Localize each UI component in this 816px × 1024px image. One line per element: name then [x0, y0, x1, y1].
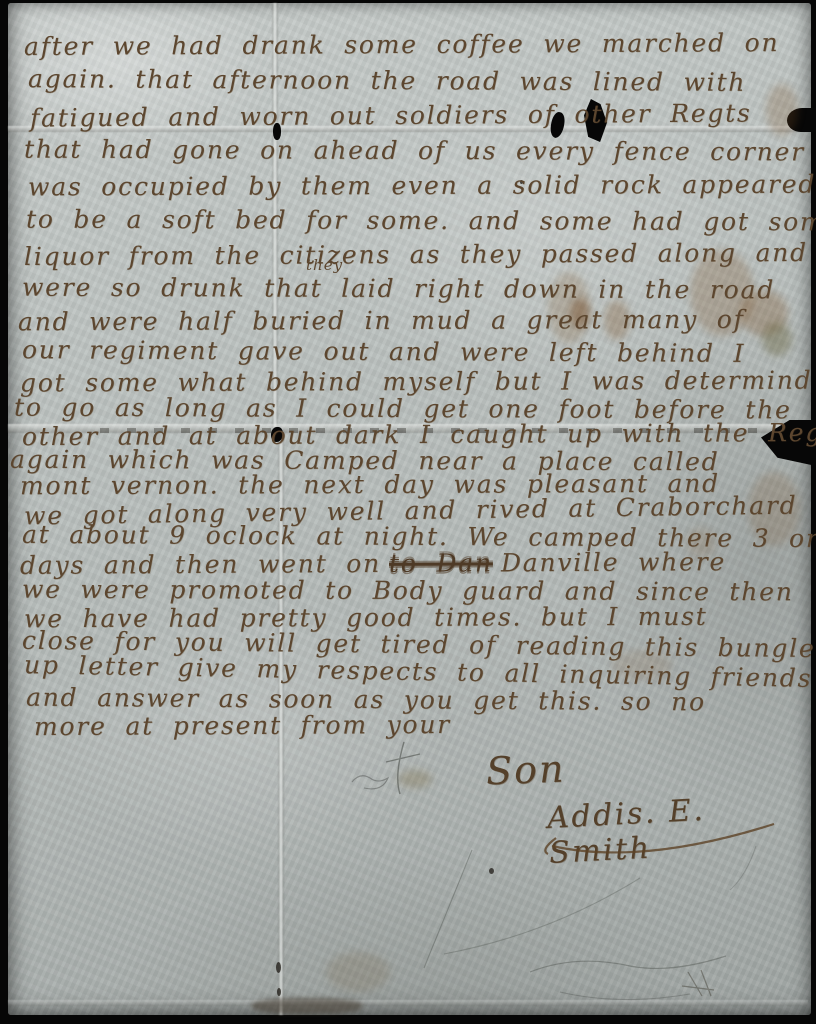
- ink-stain: [766, 84, 798, 136]
- letter-line-9: and were half buried in mud a great many…: [18, 305, 745, 337]
- line18-post: Danville where: [501, 547, 726, 577]
- letter-line-6: to be a soft bed for some. and some had …: [26, 205, 816, 237]
- ink-stain: [762, 322, 792, 356]
- dirt-speck: [489, 868, 494, 874]
- edge-smudge: [252, 998, 362, 1014]
- horizontal-fold-crease-bottom: [8, 1000, 808, 1006]
- letter-line-3: fatigued and worn out soldiers of other …: [30, 98, 752, 132]
- letter-line-8: were so drunk that laid right down in th…: [22, 273, 775, 305]
- letter-line-5: was occupied by them even a solid rock a…: [28, 170, 816, 202]
- water-stain: [326, 952, 390, 992]
- struck-text: to Dan: [389, 548, 493, 578]
- small-stain: [398, 770, 432, 788]
- scanned-letter-photo: after we had drank some coffee we marche…: [0, 0, 816, 1024]
- inserted-word: they: [306, 256, 343, 274]
- crease-speck: [277, 988, 281, 996]
- letter-line-10: our regiment gave out and were left behi…: [22, 335, 745, 368]
- letter-line-4: that had gone on ahead of us every fence…: [24, 135, 805, 167]
- letter-signature: Addis. E. Smith: [546, 787, 816, 871]
- letter-line-1: after we had drank some coffee we marche…: [24, 28, 780, 61]
- letter-line-24: more at present from your: [34, 710, 451, 741]
- letter-line-7: liquor from the citizens as they passed …: [24, 238, 808, 271]
- letter-closing: Son: [485, 747, 566, 794]
- letter-line-2: again. that afternoon the road was lined…: [28, 64, 746, 97]
- crease-speck: [276, 962, 281, 973]
